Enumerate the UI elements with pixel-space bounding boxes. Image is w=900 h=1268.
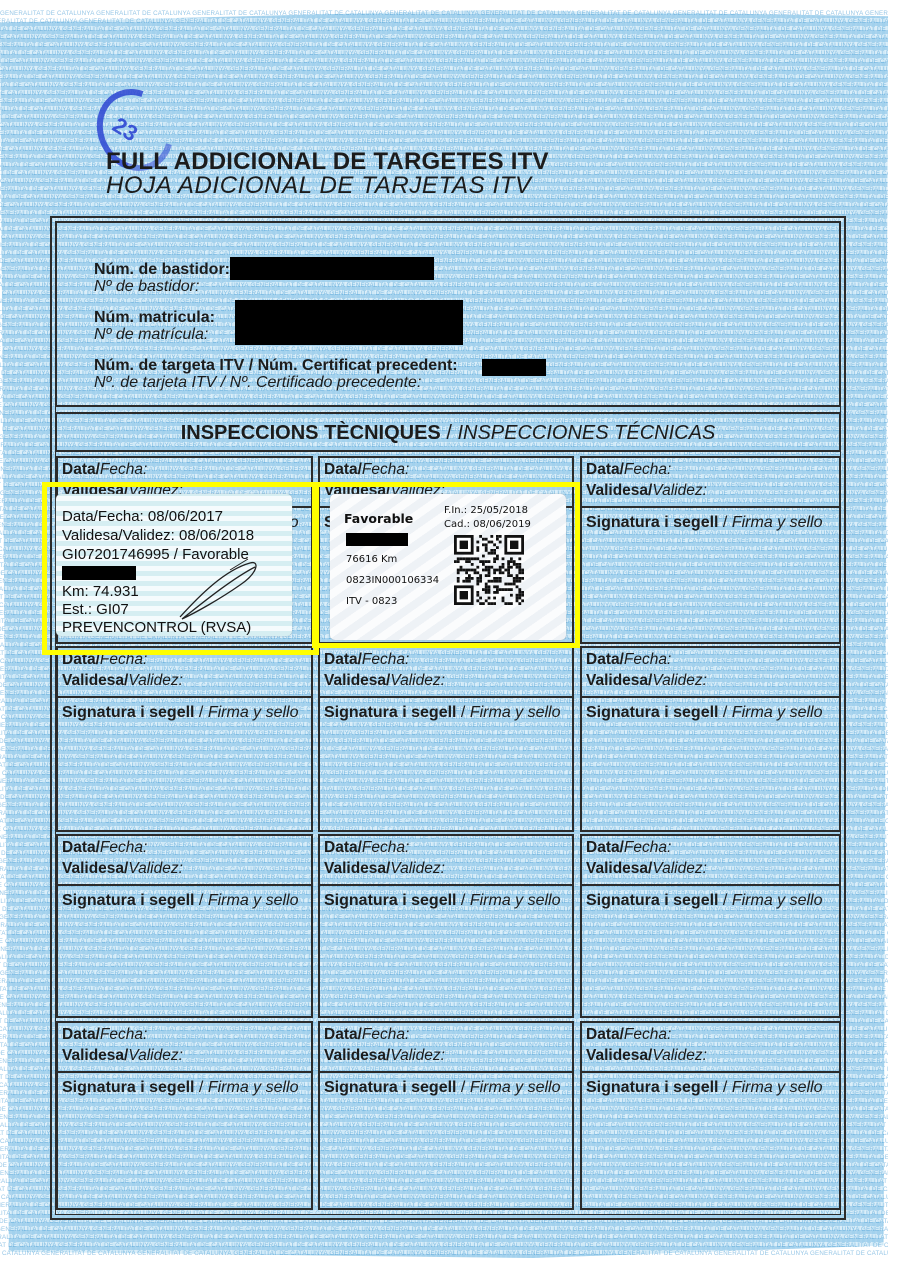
card-label-ca: Núm. de targeta ITV / Núm. Certificat pr… bbox=[94, 357, 458, 374]
validity-label: Validesa/Validez: bbox=[586, 860, 707, 878]
signature-label: Signatura i segell / Firma y sello bbox=[586, 514, 823, 532]
date-label: Data/Fecha: bbox=[324, 461, 409, 479]
date-label: Data/Fecha: bbox=[324, 1026, 409, 1044]
date-label: Data/Fecha: bbox=[324, 839, 409, 857]
chassis-value-redacted bbox=[230, 257, 434, 280]
inspection-cell: Data/Fecha:Validesa/Validez:Signatura i … bbox=[318, 1021, 574, 1210]
date-label: Data/Fecha: bbox=[324, 651, 409, 669]
inspection-cell: Data/Fecha:Validesa/Validez:Signatura i … bbox=[56, 1021, 313, 1210]
vehicle-info-box: Núm. de bastidor: Nº de bastidor: Núm. m… bbox=[55, 221, 841, 407]
stamp-text: 23 bbox=[108, 112, 143, 147]
section-title: INSPECCIONS TÈCNIQUES / INSPECCIONES TÉC… bbox=[181, 422, 716, 445]
plate-label-ca: Núm. matricula: bbox=[94, 309, 215, 326]
plate-label-es: Nº de matrícula: bbox=[94, 326, 215, 343]
inspection-cell: Data/Fecha:Validesa/Validez:Signatura i … bbox=[580, 834, 841, 1018]
section-title-box: INSPECCIONS TÈCNIQUES / INSPECCIONES TÉC… bbox=[55, 412, 841, 452]
validity-label: Validesa/Validez: bbox=[62, 860, 183, 878]
chassis-label-es: Nº de bastidor: bbox=[94, 278, 230, 295]
inspection-cell: Data/Fecha:Validesa/Validez:Signatura i … bbox=[580, 456, 841, 644]
inspection-cell: Data/Fecha:Validesa/Validez:Signatura i … bbox=[56, 834, 313, 1018]
inspection-cell: Data/Fecha:Validesa/Validez:Signatura i … bbox=[580, 1021, 841, 1210]
validity-label: Validesa/Validez: bbox=[62, 672, 183, 690]
date-label: Data/Fecha: bbox=[586, 1026, 671, 1044]
validity-label: Validesa/Validez: bbox=[324, 1047, 445, 1065]
document-subtitle: HOJA ADICIONAL DE TARJETAS ITV bbox=[106, 172, 532, 200]
card-field: Núm. de targeta ITV / Núm. Certificat pr… bbox=[94, 357, 458, 391]
inspection-cell: Data/Fecha:Validesa/Validez:Signatura i … bbox=[318, 646, 574, 832]
signature-label: Signatura i segell / Firma y sello bbox=[324, 704, 561, 722]
date-label: Data/Fecha: bbox=[586, 461, 671, 479]
inspection-cell: Data/Fecha:Validesa/Validez:Signatura i … bbox=[580, 646, 841, 832]
validity-label: Validesa/Validez: bbox=[62, 1047, 183, 1065]
chassis-label-ca: Núm. de bastidor: bbox=[94, 261, 230, 278]
validity-label: Validesa/Validez: bbox=[586, 482, 707, 500]
card-label-es: Nº. de tarjeta ITV / Nº. Certificado pre… bbox=[94, 374, 458, 391]
signature-label: Signatura i segell / Firma y sello bbox=[62, 892, 299, 910]
validity-label: Validesa/Validez: bbox=[324, 860, 445, 878]
highlight-box-2 bbox=[312, 482, 580, 648]
signature-label: Signatura i segell / Firma y sello bbox=[62, 1079, 299, 1097]
chassis-field: Núm. de bastidor: Nº de bastidor: bbox=[94, 261, 230, 295]
plate-value-redacted bbox=[235, 300, 463, 345]
signature-label: Signatura i segell / Firma y sello bbox=[586, 892, 823, 910]
date-label: Data/Fecha: bbox=[62, 1026, 147, 1044]
inspection-cell: Data/Fecha:Validesa/Validez:Signatura i … bbox=[318, 834, 574, 1018]
inspection-cell: Data/Fecha:Validesa/Validez:Signatura i … bbox=[56, 646, 313, 832]
validity-label: Validesa/Validez: bbox=[586, 1047, 707, 1065]
date-label: Data/Fecha: bbox=[586, 839, 671, 857]
highlight-box-1 bbox=[42, 482, 319, 655]
validity-label: Validesa/Validez: bbox=[324, 672, 445, 690]
card-value-redacted bbox=[482, 359, 546, 376]
date-label: Data/Fecha: bbox=[62, 839, 147, 857]
date-label: Data/Fecha: bbox=[586, 651, 671, 669]
signature-label: Signatura i segell / Firma y sello bbox=[586, 704, 823, 722]
plate-field: Núm. matricula: Nº de matrícula: bbox=[94, 309, 215, 343]
validity-label: Validesa/Validez: bbox=[586, 672, 707, 690]
signature-label: Signatura i segell / Firma y sello bbox=[324, 1079, 561, 1097]
signature-label: Signatura i segell / Firma y sello bbox=[62, 704, 299, 722]
date-label: Data/Fecha: bbox=[62, 461, 147, 479]
signature-label: Signatura i segell / Firma y sello bbox=[586, 1079, 823, 1097]
signature-label: Signatura i segell / Firma y sello bbox=[324, 892, 561, 910]
